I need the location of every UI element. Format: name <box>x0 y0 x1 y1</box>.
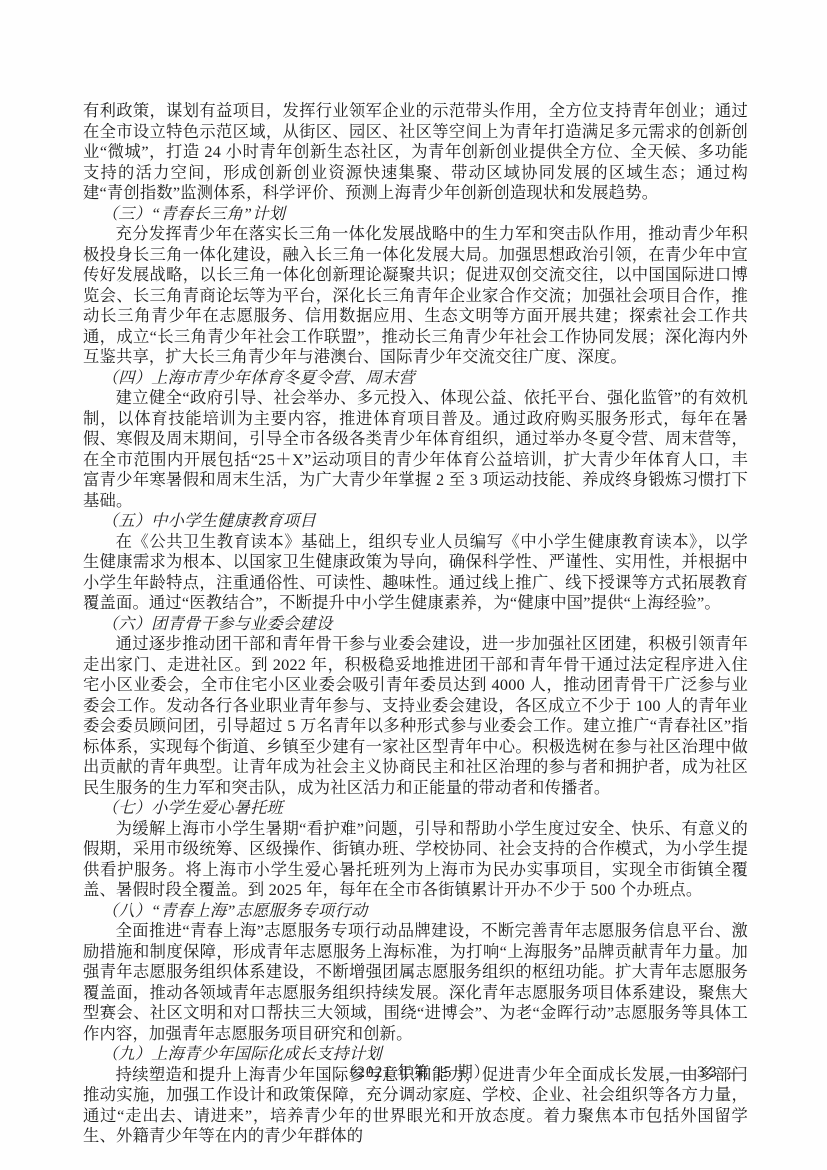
section-paragraph: 为缓解上海市小学生暑期“看护难”问题，引导和帮助小学生度过安全、快乐、有意义的假… <box>83 819 748 901</box>
section-heading: （六）团青骨干参与业委会建设 <box>83 614 748 635</box>
section-paragraph: 充分发挥青少年在落实长三角一体化发展战略中的生力军和突击队作用，推动青少年积极投… <box>83 224 748 368</box>
page-number: — 33 — <box>670 1061 748 1085</box>
section-heading: （四）上海市青少年体育冬夏令营、周末营 <box>83 368 748 389</box>
section-heading: （五）中小学生健康教育项目 <box>83 511 748 532</box>
section-3: （三）“青春长三角”计划 充分发挥青少年在落实长三角一体化发展战略中的生力军和突… <box>83 204 748 368</box>
continuation-paragraph: 有利政策，谋划有益项目，发挥行业领军企业的示范带头作用，全方位支持青年创业；通过… <box>83 101 748 204</box>
section-paragraph: 在《公共卫生教育读本》基础上，组织专业人员编写《中小学生健康教育读本》，以学生健… <box>83 532 748 614</box>
section-heading: （七）小学生爱心暑托班 <box>83 798 748 819</box>
section-heading: （三）“青春长三角”计划 <box>83 204 748 225</box>
page-footer: （2021 年第 15 期） — 33 — <box>83 1061 748 1085</box>
section-9: （九）上海青少年国际化成长支持计划 持续塑造和提升上海青少年国际参与意识和能力，… <box>83 1044 748 1147</box>
section-paragraph: 建立健全“政府引导、社会举办、多元投入、体现公益、依托平台、强化监管”的有效机制… <box>83 388 748 511</box>
section-4: （四）上海市青少年体育冬夏令营、周末营 建立健全“政府引导、社会举办、多元投入、… <box>83 368 748 512</box>
section-paragraph: 通过逐步推动团干部和青年骨干参与业委会建设，进一步加强社区团建，积极引领青年走出… <box>83 634 748 798</box>
section-7: （七）小学生爱心暑托班 为缓解上海市小学生暑期“看护难”问题，引导和帮助小学生度… <box>83 798 748 901</box>
section-8: （八）“青春上海”志愿服务专项行动 全面推进“青春上海”志愿服务专项行动品牌建设… <box>83 901 748 1045</box>
section-6: （六）团青骨干参与业委会建设 通过逐步推动团干部和青年骨干参与业委会建设，进一步… <box>83 614 748 799</box>
section-paragraph: 全面推进“青春上海”志愿服务专项行动品牌建设，不断完善青年志愿服务信息平台、激励… <box>83 921 748 1044</box>
section-heading: （八）“青春上海”志愿服务专项行动 <box>83 901 748 922</box>
section-5: （五）中小学生健康教育项目 在《公共卫生教育读本》基础上，组织专业人员编写《中小… <box>83 511 748 614</box>
issue-label: （2021 年第 15 期） <box>83 1061 748 1085</box>
document-body: 有利政策，谋划有益项目，发挥行业领军企业的示范带头作用，全方位支持青年创业；通过… <box>83 101 748 1147</box>
document-page: 有利政策，谋划有益项目，发挥行业领军企业的示范带头作用，全方位支持青年创业；通过… <box>0 0 827 1170</box>
